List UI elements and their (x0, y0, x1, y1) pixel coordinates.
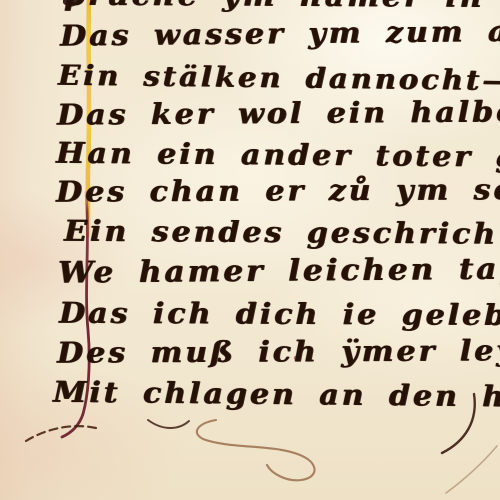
text-line-7: Ein sendes geschrich den (64, 215, 500, 252)
text-line-8: We hamer leichen tag (58, 252, 500, 291)
text-line-1: prüche ym hamer in (64, 0, 485, 15)
text-line-2: Das wasser ym zum aug (60, 14, 500, 53)
text-line-3: Ein stälken dannocht— in (58, 59, 500, 98)
text-line-4: Das ker wol ein halben ta (57, 95, 500, 132)
text-line-5: Han ein ander toter gel (56, 137, 500, 175)
text-line-10: Des muß ich ÿmer leyden (57, 334, 500, 370)
manuscript-page: prüche ym hamer in Das wasser ym zum aug… (0, 0, 500, 500)
manuscript-text: prüche ym hamer in Das wasser ym zum aug… (0, 0, 500, 500)
text-line-6: Des chan er zů ym selbe (56, 173, 500, 209)
text-line-9: Das ich dich ie gelebet — (59, 297, 500, 333)
text-line-11: Mit chlagen an den her (53, 376, 500, 415)
